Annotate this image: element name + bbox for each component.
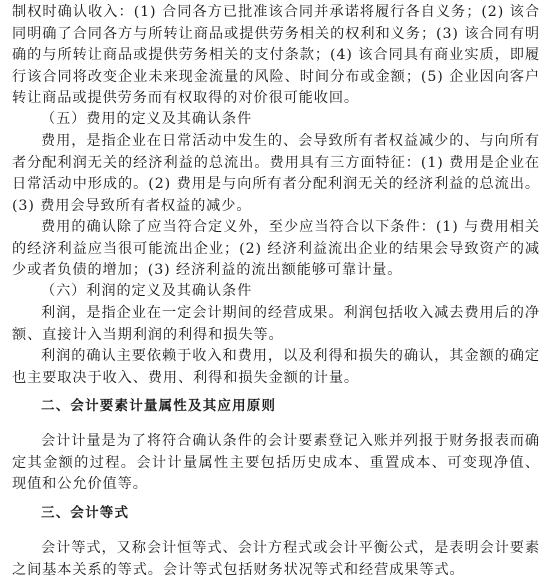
heading-accounting-equation: 三、会计等式 — [41, 503, 129, 525]
paragraph-expense-recognition: 费用的确认除了应当符合定义外，至少应当符合以下条件：(1) 与费用相关的经济利益… — [12, 217, 540, 282]
subheading-profit-definition: （六）利润的定义及其确认条件 — [41, 281, 252, 303]
paragraph-measurement: 会计计量是为了将符合确认条件的会计要素登记入账并列报于财务报表而确定其金额的过程… — [12, 431, 540, 496]
paragraph-profit-definition: 利润，是指企业在一定会计期间的经营成果。利润包括收入减去费用后的净额、直接计入当… — [12, 303, 540, 346]
paragraph-expense-definition: 费用，是指企业在日常活动中发生的、会导致所有者权益减少的、与向所有者分配利润无关… — [12, 131, 540, 217]
document-page: 制权时确认收入：(1) 合同各方已批准该合同并承诺将履行各自义务；(2) 该合同… — [0, 0, 550, 577]
paragraph-revenue-conditions: 制权时确认收入：(1) 合同各方已批准该合同并承诺将履行各自义务；(2) 该合同… — [12, 2, 540, 110]
paragraph-profit-recognition: 利润的确认主要依赖于收入和费用，以及利得和损失的确认，其金额的确定也主要取决于收… — [12, 346, 540, 389]
paragraph-accounting-equation: 会计等式，又称会计恒等式、会计方程式或会计平衡公式，是表明会计要素之间基本关系的… — [12, 538, 540, 577]
subheading-expense-definition: （五）费用的定义及其确认条件 — [41, 109, 252, 131]
heading-measurement-attributes: 二、会计要素计量属性及其应用原则 — [41, 396, 276, 418]
